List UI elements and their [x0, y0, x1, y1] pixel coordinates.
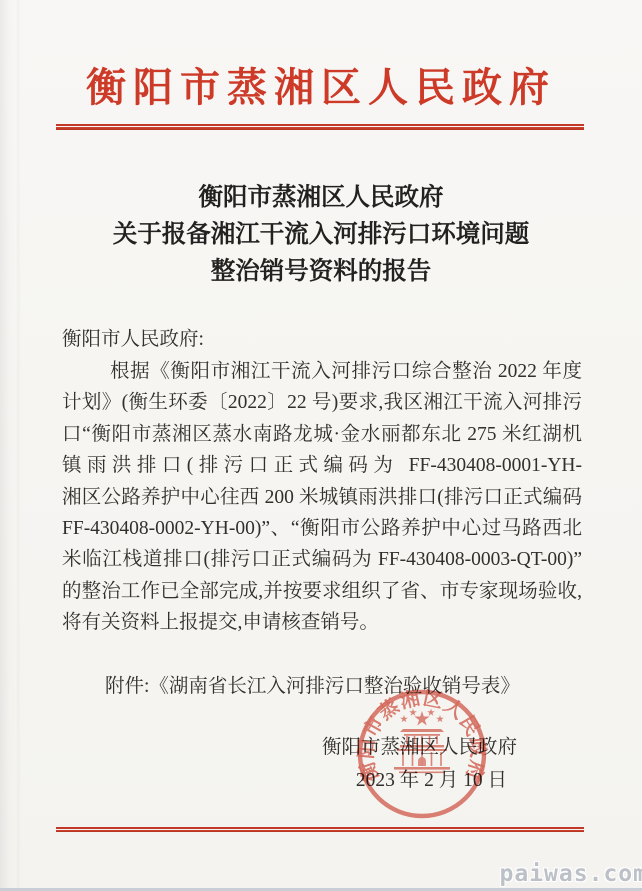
scanned-document-page: 衡阳市蒸湘区人民政府 衡阳市蒸湘区人民政府 关于报备湘江干流入河排污口环境问题 …: [0, 0, 642, 891]
letterhead-org-name: 衡阳市蒸湘区人民政府: [0, 64, 642, 112]
body-line: FF-430408-0002-YH-00)”、“衡阳市公路养护中心过马路西北 1…: [62, 513, 582, 544]
body-line: 湘区公路养护中心往西 200 米城镇雨洪排口(排污口正式编码为: [62, 482, 582, 513]
title-line-2: 关于报备湘江干流入河排污口环境问题: [0, 216, 642, 253]
watermark: paiwas.com: [500, 861, 642, 887]
national-emblem-icon: [394, 709, 450, 774]
body-line: 将有关资料上报提交,申请核查销号。: [62, 607, 582, 638]
body-line: 计划》(衡生环委〔2022〕22 号)要求,我区湘江干流入河排污: [62, 387, 582, 418]
official-seal: 衡阳市蒸湘区人民政府: [340, 672, 504, 836]
salutation: 衡阳市人民政府:: [62, 324, 204, 355]
body-line: 米临江栈道排口(排污口正式编码为 FF-430408-0003-QT-00)”: [62, 544, 582, 575]
body-line: 根据《衡阳市湘江干流入河排污口综合整治 2022 年度工作: [62, 356, 582, 387]
body-paragraph: 根据《衡阳市湘江干流入河排污口综合整治 2022 年度工作 计划》(衡生环委〔2…: [62, 356, 582, 639]
body-line: 口“衡阳市蒸湘区蒸水南路龙城·金水丽都东北 275 米红湖机埠城: [62, 419, 582, 450]
body-line: 镇雨洪排口(排污口正式编码为 FF-430408-0001-YH-00)”、“蒸: [62, 450, 582, 481]
title-line-3: 整治销号资料的报告: [0, 253, 642, 290]
title-line-1: 衡阳市蒸湘区人民政府: [0, 179, 642, 216]
letterhead-rule: [56, 124, 584, 130]
document-title: 衡阳市蒸湘区人民政府 关于报备湘江干流入河排污口环境问题 整治销号资料的报告: [0, 179, 642, 290]
footer-rule: [56, 827, 584, 832]
body-line: 的整治工作已全部完成,并按要求组织了省、市专家现场验收,现: [62, 576, 582, 607]
